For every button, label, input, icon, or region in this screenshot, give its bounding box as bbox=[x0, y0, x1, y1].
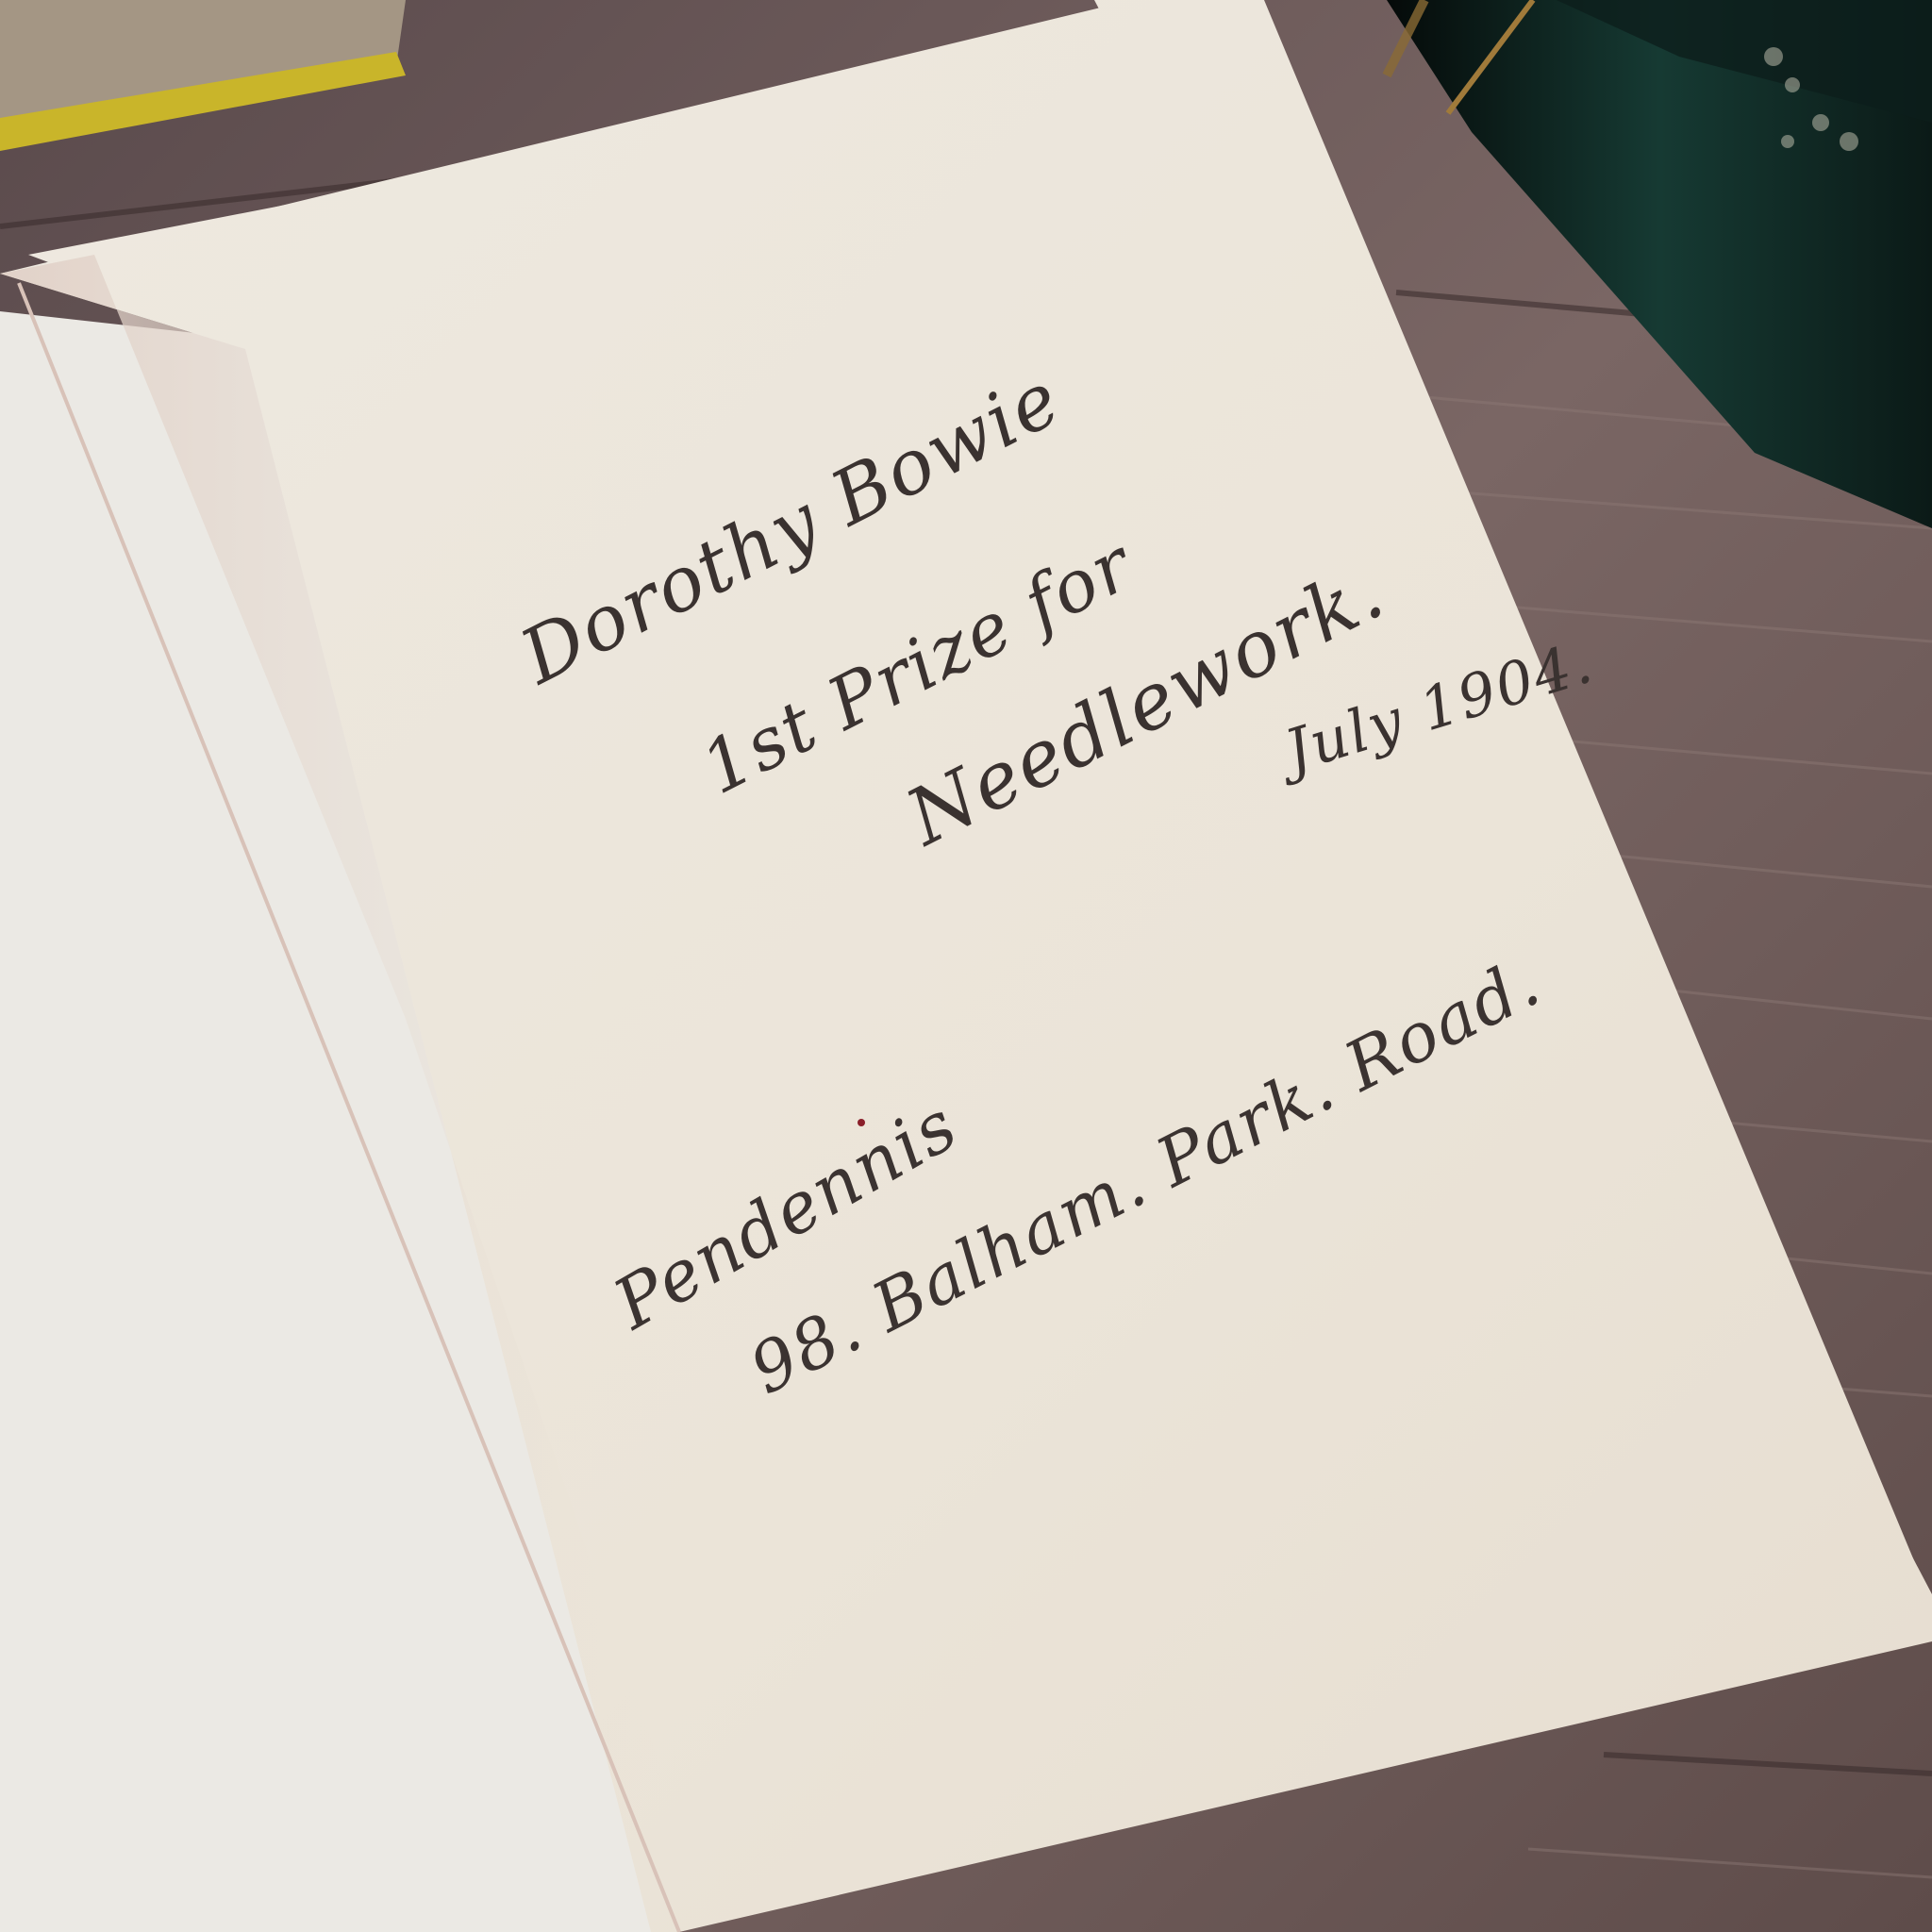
photo-scene: Dorothy Bowie 1st Prize for Needlework. … bbox=[0, 0, 1932, 1932]
background-illustration bbox=[0, 0, 1932, 1932]
